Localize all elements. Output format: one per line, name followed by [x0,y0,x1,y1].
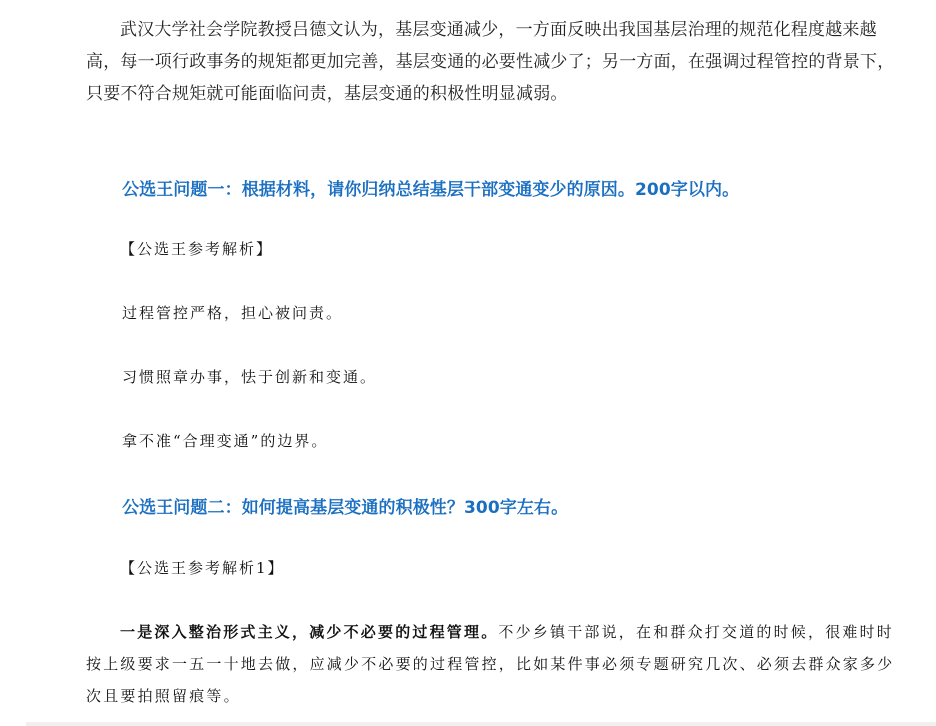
question1-heading: 公选王问题一：根据材料，请你归纳总结基层干部变通变少的原因。200字以内。 [122,175,739,200]
question2-heading: 公选王问题二：如何提高基层变通的积极性？300字左右。 [122,493,568,518]
question2-point-1: 一是深入整治形式主义，减少不必要的过程管理。不少乡镇干部说，在和群众打交道的时候… [86,616,901,712]
question1-analysis-label: 【公选王参考解析】 [120,238,273,259]
question1-point-3: 拿不准“合理变通”的边界。 [122,430,328,451]
question1-point-1: 过程管控严格，担心被问责。 [122,302,343,323]
question2-analysis-label: 【公选王参考解析1】 [120,557,285,578]
question2-point-1-bold: 一是深入整治形式主义，减少不必要的过程管理。 [120,623,498,641]
question1-point-2: 习惯照章办事，怯于创新和变通。 [122,366,377,387]
intro-paragraph: 武汉大学社会学院教授吕德文认为，基层变通减少，一方面反映出我国基层治理的规范化程… [86,14,901,110]
bottom-scroll-area [26,722,936,726]
